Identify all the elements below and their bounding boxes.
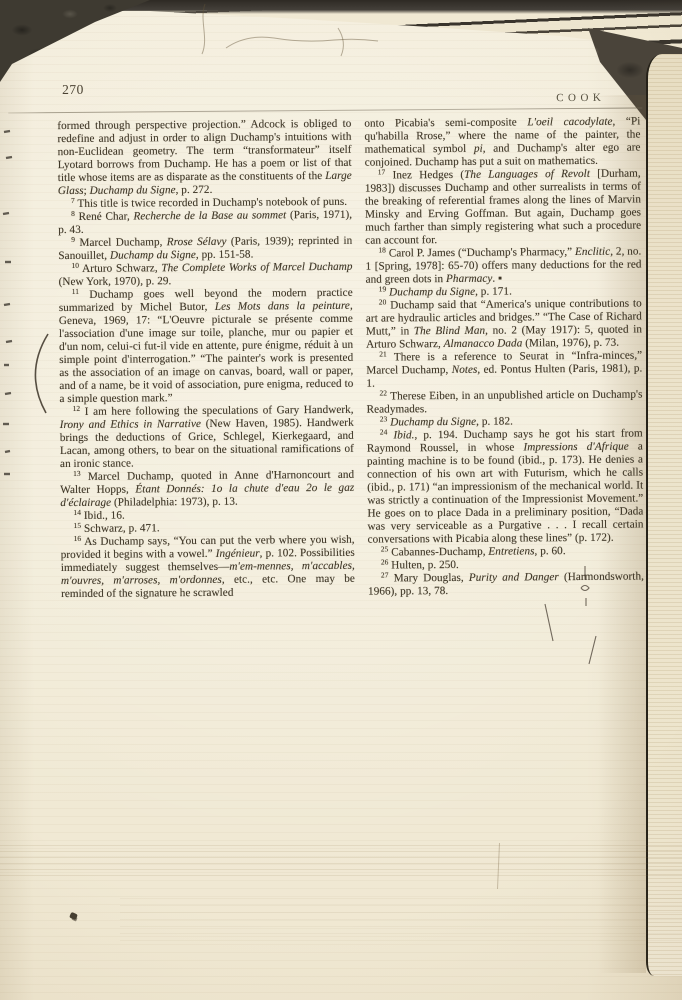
running-head: COOK — [556, 92, 605, 104]
footnote-paragraph: onto Picabia's semi-composite L'oeil cac… — [364, 115, 640, 169]
footnote-paragraph: 21 There is a reference to Seurat in “In… — [366, 349, 642, 390]
footnote-paragraph: 8 René Char, Recherche de la Base au som… — [58, 209, 352, 237]
footnote-paragraph: 20 Duchamp said that “America's unique c… — [366, 297, 642, 351]
scan-streak-band — [120, 898, 682, 944]
footnote-paragraph: 24 Ibid., p. 194. Duchamp says he got hi… — [367, 427, 644, 546]
page-header: 270 COOK — [0, 75, 648, 112]
ink-speck — [69, 912, 78, 920]
scanned-book-page: 270 COOK formed through perspective proj… — [0, 0, 682, 1000]
footnote-paragraph: 11 Duchamp goes well beyond the modern p… — [59, 287, 354, 406]
footnote-paragraph: 9 Marcel Duchamp, Rrose Sélavy (Paris, 1… — [58, 235, 352, 263]
footnote-paragraph: 12 I am here following the speculations … — [60, 404, 355, 471]
right-column: onto Picabia's semi-composite L'oeil cac… — [364, 115, 644, 598]
footnote-paragraph: 22 Therese Eiben, in an unpublished arti… — [366, 388, 642, 416]
margin-bracket-mark — [35, 334, 48, 413]
footnote-paragraph: 13 Marcel Duchamp, quoted in Anne d'Harn… — [60, 469, 354, 510]
footnote-paragraph: 18 Carol P. James (“Duchamp's Pharmacy,”… — [365, 245, 641, 286]
footnote-paragraph: 17 Inez Hedges (The Languages of Revolt … — [365, 167, 642, 247]
text-columns: formed through perspective projection.” … — [57, 115, 644, 601]
page-content: 270 COOK formed through perspective proj… — [0, 75, 648, 112]
left-edge-bleed-marks — [3, 131, 12, 474]
facing-page-edge — [646, 54, 682, 976]
footnote-paragraph: 10 Arturo Schwarz, The Complete Works of… — [58, 261, 352, 289]
scan-streak-band — [0, 845, 682, 879]
left-column: formed through perspective projection.” … — [57, 118, 355, 601]
footnote-paragraph: 27 Mary Douglas, Purity and Danger (Harm… — [368, 570, 644, 598]
footnote-paragraph: formed through perspective projection.” … — [57, 118, 352, 198]
footnote-paragraph: 16 As Duchamp says, “You can put the ver… — [61, 534, 356, 601]
page-number: 270 — [62, 82, 84, 98]
